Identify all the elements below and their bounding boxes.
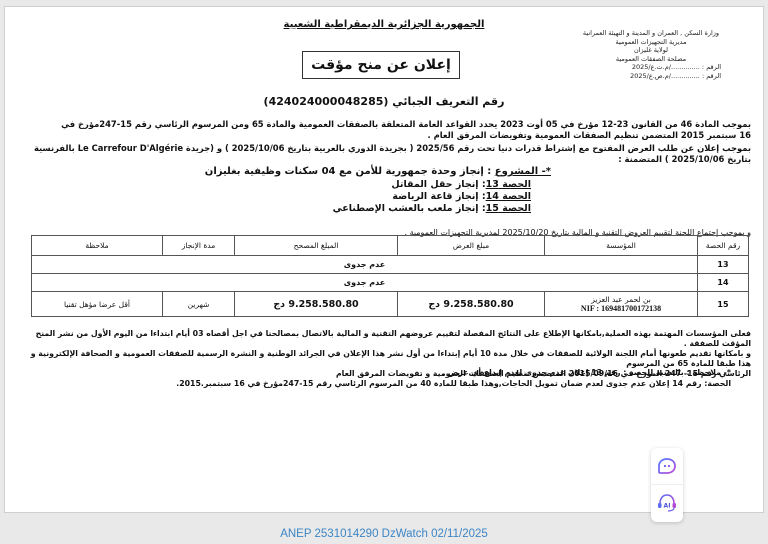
ministry-line: لولاية غليزان [551, 46, 751, 55]
lot-item: الحصة 15: إنجاز ملعب بالعشب الإصطناعي [333, 203, 531, 215]
table-row: 15 بن لحمر عبد العزيز NIF : 169481700172… [32, 292, 749, 317]
table-header-row: رقم الحصة المؤسسة مبلغ العرض المبلغ المص… [32, 236, 749, 256]
unsuccessful-status: عدم جدوى [32, 256, 698, 274]
lot-item: الحصة 13: إنجاز حقل المقاتل [333, 179, 531, 191]
company-name: بن لحمر عبد العزيز [547, 295, 695, 304]
tax-id-heading: رقم التعريف الجبائي (424024000048285) [5, 95, 763, 108]
chat-button[interactable] [651, 448, 683, 485]
ministry-line: وزارة السكن , العمران و المدينة و التهيئ… [551, 29, 751, 38]
results-table: رقم الحصة المؤسسة مبلغ العرض المبلغ المص… [31, 235, 749, 317]
reference-number: الرقم : ............../م.ص.ع/2025 [551, 72, 751, 81]
notes-block: *- ملاحظة : بالنسبة للحصة : رقم 13 إعلان… [1, 367, 731, 389]
ai-support-button[interactable]: AI [651, 485, 683, 521]
legal-basis-paragraph: بموجب المادة 46 من القانون 23-12 مؤرخ في… [21, 119, 751, 140]
ministry-line: مديرية التجهيزات العمومية [551, 38, 751, 47]
corrected-amount: 9.258.580.80 دج [235, 292, 398, 317]
note-lot-14: الحصة: رقم 14 إعلان عدم جدوى لعدم ضمان ت… [1, 378, 731, 389]
duration: شهرين [163, 292, 235, 317]
lot-number: 15 [698, 292, 749, 317]
table-row: 14 عدم جدوى [32, 274, 749, 292]
company-cell: بن لحمر عبد العزيز NIF : 169481700172138 [545, 292, 698, 317]
company-nif: NIF : 169481700172138 [547, 304, 695, 313]
project-label: *- المشروع [495, 166, 551, 177]
bid-amount: 9.258.580.80 دج [398, 292, 545, 317]
unsuccessful-status: عدم جدوى [32, 274, 698, 292]
ai-headset-icon: AI [656, 493, 678, 513]
tender-reference-paragraph: بموجب إعلان عن طلب العرض المفتوح مع إشتر… [21, 143, 751, 164]
col-duration: مدة الإنجاز [163, 236, 235, 256]
svg-text:AI: AI [664, 503, 671, 510]
reference-number: الرقم : ............../م.ت.ع/2025 [551, 63, 751, 72]
col-note: ملاحظة [32, 236, 163, 256]
announcement-title: إعلان عن منح مؤقت [302, 51, 460, 79]
floating-assistant-widget: AI [651, 448, 683, 522]
ministry-line: مصلحة الصفقات العمومية [551, 55, 751, 64]
lots-list: الحصة 13: إنجاز حقل المقاتل الحصة 14: إن… [333, 179, 531, 215]
note-lot-13: *- ملاحظة : بالنسبة للحصة : رقم 13 إعلان… [1, 367, 731, 378]
footer-source-line: ANEP 2531014290 DzWatch 02/11/2025 [0, 528, 768, 540]
lot-number: 13 [698, 256, 749, 274]
col-bid-amount: مبلغ العرض [398, 236, 545, 256]
ministry-block: وزارة السكن , العمران و المدينة و التهيئ… [551, 29, 751, 80]
col-lot-number: رقم الحصة [698, 236, 749, 256]
lot-item: الحصة 14: إنجاز قاعة الرياضة [333, 191, 531, 203]
lot-number: 14 [698, 274, 749, 292]
chat-bubble-icon [657, 457, 677, 475]
col-company: المؤسسة [545, 236, 698, 256]
note: أقل عرضا مؤهل تقنيا [32, 292, 163, 317]
col-corrected-amount: المبلغ المصحح [235, 236, 398, 256]
table-row: 13 عدم جدوى [32, 256, 749, 274]
project-text: : إنجاز وحدة جمهورية للأمن مع 04 سكنات و… [205, 166, 495, 177]
project-line: *- المشروع : إنجاز وحدة جمهورية للأمن مع… [205, 166, 551, 178]
